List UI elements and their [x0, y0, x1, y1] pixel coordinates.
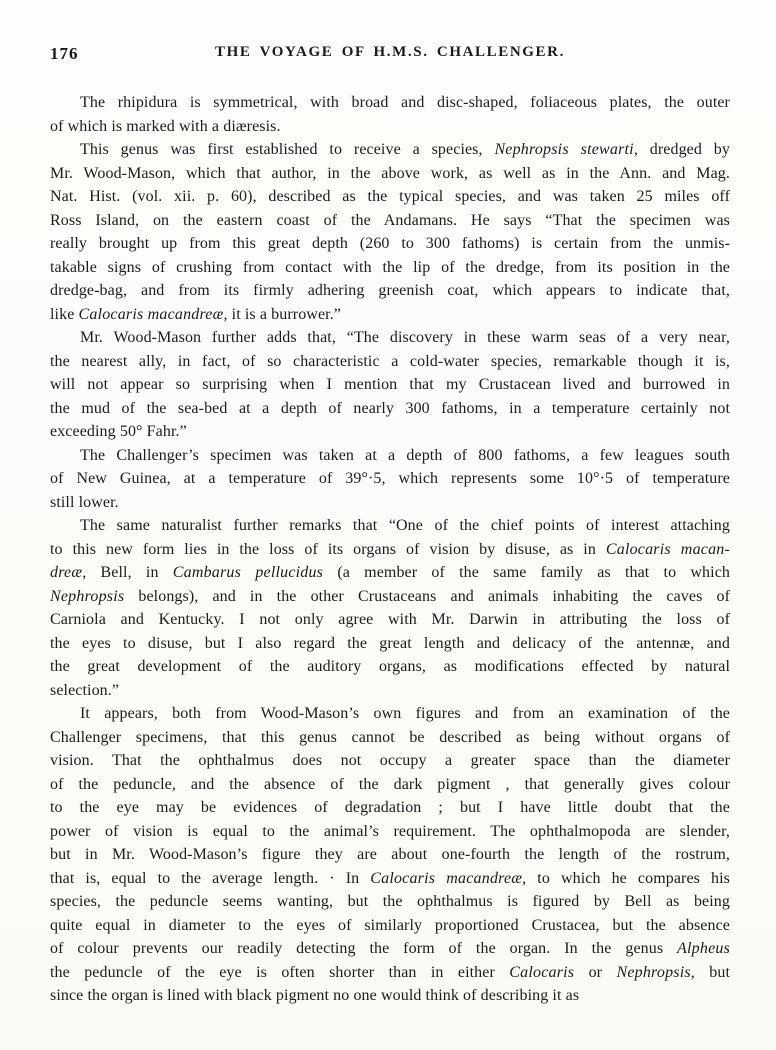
paragraph: Mr. Wood-Mason further adds that, “The d…	[50, 326, 730, 444]
text-line: dredge-bag, and from its firmly adhering…	[50, 279, 730, 303]
text-line: of colour prevents our readily detecting…	[50, 937, 730, 961]
species-name-italic: Calocaris macandreæ	[79, 306, 224, 323]
running-head: THE VOYAGE OF H.M.S. CHALLENGER.	[50, 44, 730, 61]
text-line: The same naturalist further remarks that…	[50, 514, 730, 538]
text-line: Nat. Hist. (vol. xii. p. 60), described …	[50, 185, 730, 209]
text-line: the nearest ally, in fact, of so charact…	[50, 350, 730, 374]
text-line: really brought up from this great depth …	[50, 232, 730, 256]
text-line: selection.”	[50, 679, 730, 703]
text-line: of New Guinea, at a temperature of 39°·5…	[50, 467, 730, 491]
species-name-italic: Calocaris macandreæ	[370, 870, 522, 887]
text-line: to this new form lies in the loss of its…	[50, 538, 730, 562]
text-line: Challenger specimens, that this genus ca…	[50, 726, 730, 750]
text-line: will not appear so surprising when I men…	[50, 373, 730, 397]
text-line: the great development of the auditory or…	[50, 655, 730, 679]
text-line: power of vision is equal to the animal’s…	[50, 820, 730, 844]
text-line: of which is marked with a diæresis.	[50, 115, 730, 139]
text-line: It appears, both from Wood-Mason’s own f…	[50, 702, 730, 726]
text-body: The rhipidura is symmetrical, with broad…	[50, 91, 730, 1008]
text-line: Mr. Wood-Mason further adds that, “The d…	[50, 326, 730, 350]
text-line: since the organ is lined with black pigm…	[50, 984, 730, 1008]
text-line: takable signs of crushing from contact w…	[50, 256, 730, 280]
species-name-italic: Nephropsis	[50, 588, 124, 605]
text-line: to the eye may be evidences of degradati…	[50, 796, 730, 820]
paragraph: The rhipidura is symmetrical, with broad…	[50, 91, 730, 138]
species-name-italic: dreæ	[50, 564, 82, 581]
text-line: Carniola and Kentucky. I not only agree …	[50, 608, 730, 632]
species-name-italic: Cambarus pellucidus	[173, 564, 323, 581]
text-line: The rhipidura is symmetrical, with broad…	[50, 91, 730, 115]
species-name-italic: Calocaris	[509, 964, 574, 981]
text-line: like Calocaris macandreæ, it is a burrow…	[50, 303, 730, 327]
paragraph: This genus was first established to rece…	[50, 138, 730, 326]
text-line: quite equal in diameter to the eyes of s…	[50, 914, 730, 938]
text-line: Mr. Wood-Mason, which that author, in th…	[50, 162, 730, 186]
text-line: vision. That the ophthalmus does not occ…	[50, 749, 730, 773]
paragraph: The same naturalist further remarks that…	[50, 514, 730, 702]
page-header: 176 THE VOYAGE OF H.M.S. CHALLENGER.	[50, 44, 730, 64]
text-line: dreæ, Bell, in Cambarus pellucidus (a me…	[50, 561, 730, 585]
species-name-italic: Nephropsis	[616, 964, 690, 981]
text-line: the mud of the sea-bed at a depth of nea…	[50, 397, 730, 421]
text-line: This genus was first established to rece…	[50, 138, 730, 162]
species-name-italic: Alpheus	[677, 940, 730, 957]
text-line: the peduncle of the eye is often shorter…	[50, 961, 730, 985]
text-line: species, the peduncle seems wanting, but…	[50, 890, 730, 914]
text-line: still lower.	[50, 491, 730, 515]
species-name-italic: Calocaris macan-	[606, 541, 730, 558]
text-line: the eyes to disuse, but I also regard th…	[50, 632, 730, 656]
text-line: Ross Island, on the eastern coast of the…	[50, 209, 730, 233]
text-line: Nephropsis belongs), and in the other Cr…	[50, 585, 730, 609]
text-line: that is, equal to the average length. · …	[50, 867, 730, 891]
paragraph: It appears, both from Wood-Mason’s own f…	[50, 702, 730, 1008]
book-page: 176 THE VOYAGE OF H.M.S. CHALLENGER. The…	[0, 0, 776, 1050]
text-line: of the peduncle, and the absence of the …	[50, 773, 730, 797]
page-number: 176	[50, 44, 79, 64]
text-line: exceeding 50° Fahr.”	[50, 420, 730, 444]
species-name-italic: Nephropsis stewarti	[494, 141, 633, 158]
text-line: The Challenger’s specimen was taken at a…	[50, 444, 730, 468]
text-line: but in Mr. Wood-Mason’s figure they are …	[50, 843, 730, 867]
paragraph: The Challenger’s specimen was taken at a…	[50, 444, 730, 515]
